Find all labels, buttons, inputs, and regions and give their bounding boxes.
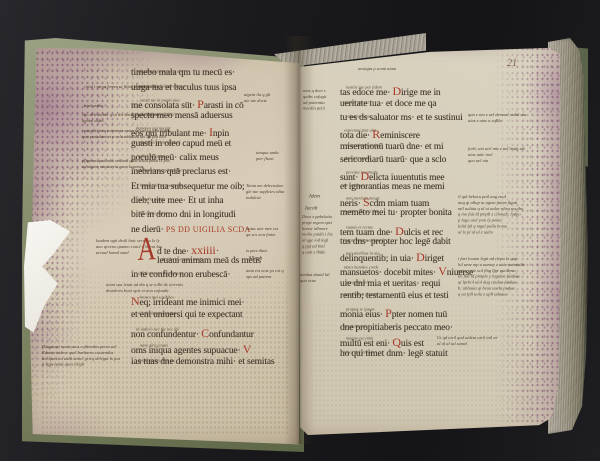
line-text: ho qui timet dnm· legē statuit: [340, 349, 448, 359]
margin-gloss: uias q doct squibs cofugitad pnitentiams…: [303, 88, 339, 127]
line-text: irige me in: [401, 88, 441, 98]
red-initial: V: [438, 264, 447, 278]
red-initial: D: [416, 250, 425, 264]
margin-word: Iacob: [305, 205, 317, 211]
red-initial: Q: [392, 335, 401, 349]
manuscript-photo: aduersa quia psens es dnetimebo mala qm …: [0, 0, 600, 461]
red-initial: D: [393, 84, 402, 98]
right-page-text: iustitie tue per fidemtas edoce me· Diri…: [0, 0, 600, 461]
text-line: ho qui timet dnm· legē statuit: [340, 350, 448, 360]
margin-gloss: qua e uia z uel demoal ordal uiauias z u…: [468, 112, 556, 132]
margin-gloss: i fart louum legit ad clepo lx quplul ue…: [458, 256, 556, 324]
line-text: iriget: [425, 254, 444, 264]
margin-gloss: forb; uia uirl mis z uel imag uicuias ua…: [468, 146, 556, 175]
margin-gloss: aiedua dauid lalqua orae: [300, 272, 342, 292]
line-text: memēto mei tu· propter bonita: [340, 208, 452, 218]
margin-gloss: Ut qd uiril qud uideat uiril inil arul a…: [437, 335, 551, 355]
line-text: pter nomen tuū: [392, 310, 447, 320]
margin-gloss: uestigia p scam uiam: [358, 66, 428, 76]
margin-word: Idem: [309, 193, 320, 199]
margin-gloss: il qul bekoru puil aug euulauq qi ullup …: [458, 194, 556, 262]
line-text: uis est: [401, 339, 424, 349]
folio-number: 21: [507, 58, 517, 69]
